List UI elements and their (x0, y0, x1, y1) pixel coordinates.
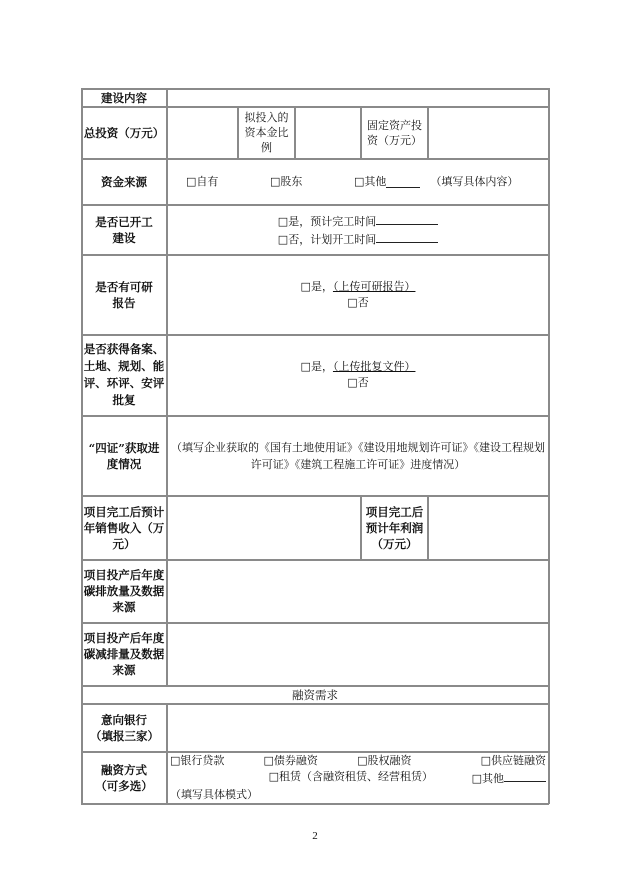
four-certs-field[interactable]: （填写企业获取的《国有土地使用证》《建设用地规划许可证》《建设工程规划许可证》《… (168, 416, 548, 495)
option-bond-financing[interactable]: □债券融资 (264, 753, 318, 769)
started-options: □是，预计完工时间 □否，计划开工时间 (168, 205, 548, 254)
planned-start-time-blank[interactable] (376, 230, 438, 243)
option-supply-chain[interactable]: □供应链融资 (481, 753, 546, 769)
option-leasing[interactable]: □租赁（含融资租赁、经营租赁） (269, 769, 433, 787)
revenue-field[interactable] (168, 496, 360, 559)
capital-ratio-label: 拟投入的资本金比例 (239, 107, 294, 158)
approvals-yes-option[interactable]: □是， (301, 360, 333, 373)
table-border (81, 803, 549, 805)
fund-source-options: □自有 □股东 □其他 （填写具体内容） (168, 159, 548, 204)
form-page: 建设内容 总投资（万元） 拟投入的资本金比例 固定资产投资（万元） 资金来源 □… (0, 0, 630, 892)
construction-content-label: 建设内容 (82, 89, 166, 106)
profit-label: 项目完工后预计年利润（万元） (362, 496, 427, 559)
started-yes-option[interactable]: □是，预计完工时间 (278, 215, 376, 228)
fixed-asset-label: 固定资产投资（万元） (362, 107, 427, 158)
option-other[interactable]: □其他 (472, 772, 504, 785)
feasibility-label: 是否有可研报告 (82, 255, 166, 334)
fund-source-other-blank[interactable] (386, 175, 420, 188)
carbon-reduction-label: 项目投产后年度碳减排量及数据来源 (82, 623, 166, 685)
financing-section-title: 融资需求 (82, 686, 548, 703)
fixed-asset-field[interactable] (429, 107, 548, 158)
fund-source-option-shareholder[interactable]: □股东 (270, 174, 354, 190)
feasibility-yes-option[interactable]: □是， (301, 280, 333, 293)
total-investment-field[interactable] (168, 107, 237, 158)
financing-method-label: 融资方式（可多选） (82, 752, 166, 803)
financing-other-blank[interactable] (504, 769, 546, 782)
feasibility-no-option[interactable]: □否 (347, 296, 368, 309)
carbon-emission-field[interactable] (168, 560, 548, 622)
capital-ratio-field[interactable] (296, 107, 360, 158)
four-certs-label: “四证”获取进度情况 (82, 416, 166, 495)
option-bank-loan[interactable]: □银行贷款 (170, 753, 224, 769)
total-investment-label: 总投资（万元） (82, 107, 166, 158)
profit-field[interactable] (429, 496, 548, 559)
fund-source-option-other[interactable]: □其他 (354, 174, 386, 190)
table-border (548, 88, 550, 804)
construction-content-field[interactable] (168, 89, 548, 106)
feasibility-options: □是，（上传可研报告） □否 (168, 255, 548, 334)
upload-feasibility-link[interactable]: （上传可研报告） (333, 280, 416, 293)
financing-method-note: （填写具体模式） (170, 788, 258, 801)
intended-banks-field[interactable] (168, 704, 548, 751)
upload-approval-link[interactable]: （上传批复文件） (333, 360, 416, 373)
approvals-options: □是，（上传批复文件） □否 (168, 335, 548, 415)
revenue-label: 项目完工后预计年销售收入（万元） (82, 496, 166, 559)
option-equity-financing[interactable]: □股权融资 (357, 753, 411, 769)
carbon-emission-label: 项目投产后年度碳排放量及数据来源 (82, 560, 166, 622)
completion-time-blank[interactable] (376, 212, 438, 225)
fund-source-option-own[interactable]: □自有 (186, 174, 270, 190)
approvals-no-option[interactable]: □否 (347, 376, 368, 389)
financing-method-options: □银行贷款 □债券融资 □股权融资 □供应链融资 □租赁（含融资租赁、经营租赁）… (168, 752, 548, 803)
intended-banks-label: 意向银行（填报三家） (82, 704, 166, 751)
approvals-label: 是否获得备案、土地、规划、能评、环评、安评批复 (82, 335, 166, 415)
started-label: 是否已开工建设 (82, 205, 166, 254)
fund-source-note: （填写具体内容） (430, 174, 518, 190)
page-number: 2 (300, 830, 330, 842)
carbon-reduction-field[interactable] (168, 623, 548, 685)
started-no-option[interactable]: □否，计划开工时间 (278, 233, 376, 246)
fund-source-label: 资金来源 (82, 159, 166, 204)
